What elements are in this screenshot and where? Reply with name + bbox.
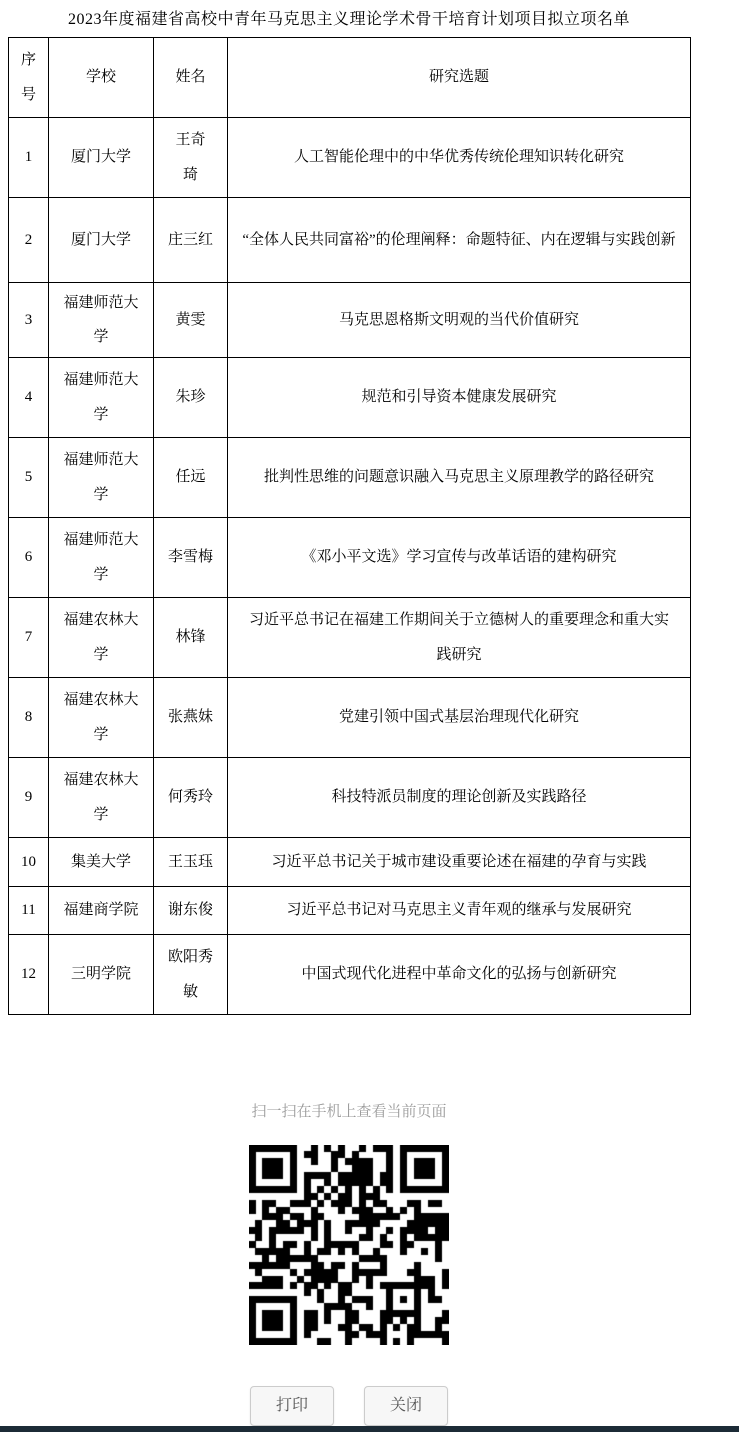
cell-no: 12 [9,935,49,1015]
cell-school: 福建师范大 学 [49,438,154,518]
cell-topic: 中国式现代化进程中革命文化的弘扬与创新研究 [228,935,691,1015]
table-row: 6福建师范大 学李雪梅《邓小平文选》学习宣传与改革话语的建构研究 [9,518,691,598]
print-button[interactable]: 打印 [250,1386,334,1426]
table-row: 5福建师范大 学任远批判性思维的问题意识融入马克思主义原理教学的路径研究 [9,438,691,518]
cell-no: 3 [9,283,49,358]
cell-no: 8 [9,678,49,758]
cell-name: 林锋 [154,598,228,678]
table-row: 3福建师范大 学黄雯马克思恩格斯文明观的当代价值研究 [9,283,691,358]
cell-school: 集美大学 [49,838,154,887]
header-cell-school: 学校 [49,38,154,118]
table-row: 4福建师范大 学朱珍规范和引导资本健康发展研究 [9,358,691,438]
cell-topic: 批判性思维的问题意识融入马克思主义原理教学的路径研究 [228,438,691,518]
cell-school: 福建商学院 [49,887,154,935]
cell-school: 福建师范大 学 [49,283,154,358]
projects-table: 序 号 学校 姓名 研究选题 1厦门大学王奇 琦人工智能伦理中的中华优秀传统伦理… [8,37,691,1015]
table-row: 1厦门大学王奇 琦人工智能伦理中的中华优秀传统伦理知识转化研究 [9,118,691,198]
table-row: 11福建商学院谢东俊习近平总书记对马克思主义青年观的继承与发展研究 [9,887,691,935]
cell-topic: 习近平总书记对马克思主义青年观的继承与发展研究 [228,887,691,935]
cell-name: 欧阳秀 敏 [154,935,228,1015]
cell-topic: 科技特派员制度的理论创新及实践路径 [228,758,691,838]
cell-topic: 人工智能伦理中的中华优秀传统伦理知识转化研究 [228,118,691,198]
cell-name: 任远 [154,438,228,518]
table-body: 1厦门大学王奇 琦人工智能伦理中的中华优秀传统伦理知识转化研究2厦门大学庄三红“… [9,118,691,1015]
qr-section [8,1145,690,1350]
cell-topic: 规范和引导资本健康发展研究 [228,358,691,438]
cell-no: 2 [9,198,49,283]
page-title: 2023年度福建省高校中青年马克思主义理论学术骨干培育计划项目拟立项名单 [8,0,690,31]
header-cell-no: 序 号 [9,38,49,118]
cell-topic: 党建引领中国式基层治理现代化研究 [228,678,691,758]
cell-name: 李雪梅 [154,518,228,598]
cell-school: 福建师范大 学 [49,358,154,438]
cell-name: 王奇 琦 [154,118,228,198]
cell-no: 10 [9,838,49,887]
table-row: 9福建农林大 学何秀玲科技特派员制度的理论创新及实践路径 [9,758,691,838]
bottom-bar [0,1426,739,1432]
cell-no: 6 [9,518,49,598]
cell-name: 庄三红 [154,198,228,283]
table-row: 12三明学院欧阳秀 敏中国式现代化进程中革命文化的弘扬与创新研究 [9,935,691,1015]
cell-no: 7 [9,598,49,678]
page-content: 2023年度福建省高校中青年马克思主义理论学术骨干培育计划项目拟立项名单 序 号… [8,0,690,1426]
cell-school: 福建师范大 学 [49,518,154,598]
cell-no: 9 [9,758,49,838]
cell-school: 三明学院 [49,935,154,1015]
cell-no: 11 [9,887,49,935]
close-button[interactable]: 关闭 [364,1386,448,1426]
cell-topic: 习近平总书记关于城市建设重要论述在福建的孕育与实践 [228,838,691,887]
qr-code-icon [249,1145,449,1345]
cell-no: 5 [9,438,49,518]
cell-name: 张燕妹 [154,678,228,758]
table-row: 7福建农林大 学林锋习近平总书记在福建工作期间关于立德树人的重要理念和重大实践研… [9,598,691,678]
cell-school: 厦门大学 [49,198,154,283]
cell-topic: “全体人民共同富裕”的伦理阐释：命题特征、内在逻辑与实践创新 [228,198,691,283]
cell-no: 4 [9,358,49,438]
table-row: 10集美大学王玉珏习近平总书记关于城市建设重要论述在福建的孕育与实践 [9,838,691,887]
header-cell-topic: 研究选题 [228,38,691,118]
cell-topic: 马克思恩格斯文明观的当代价值研究 [228,283,691,358]
cell-no: 1 [9,118,49,198]
cell-name: 朱珍 [154,358,228,438]
cell-name: 何秀玲 [154,758,228,838]
scan-hint: 扫一扫在手机上查看当前页面 [8,1101,690,1123]
cell-name: 黄雯 [154,283,228,358]
cell-school: 福建农林大 学 [49,678,154,758]
cell-topic: 《邓小平文选》学习宣传与改革话语的建构研究 [228,518,691,598]
cell-school: 福建农林大 学 [49,598,154,678]
cell-school: 福建农林大 学 [49,758,154,838]
table-row: 8福建农林大 学张燕妹党建引领中国式基层治理现代化研究 [9,678,691,758]
action-buttons: 打印 关闭 [8,1386,690,1426]
table-row: 2厦门大学庄三红“全体人民共同富裕”的伦理阐释：命题特征、内在逻辑与实践创新 [9,198,691,283]
cell-topic: 习近平总书记在福建工作期间关于立德树人的重要理念和重大实践研究 [228,598,691,678]
table-header-row: 序 号 学校 姓名 研究选题 [9,38,691,118]
cell-school: 厦门大学 [49,118,154,198]
header-cell-name: 姓名 [154,38,228,118]
cell-name: 谢东俊 [154,887,228,935]
cell-name: 王玉珏 [154,838,228,887]
